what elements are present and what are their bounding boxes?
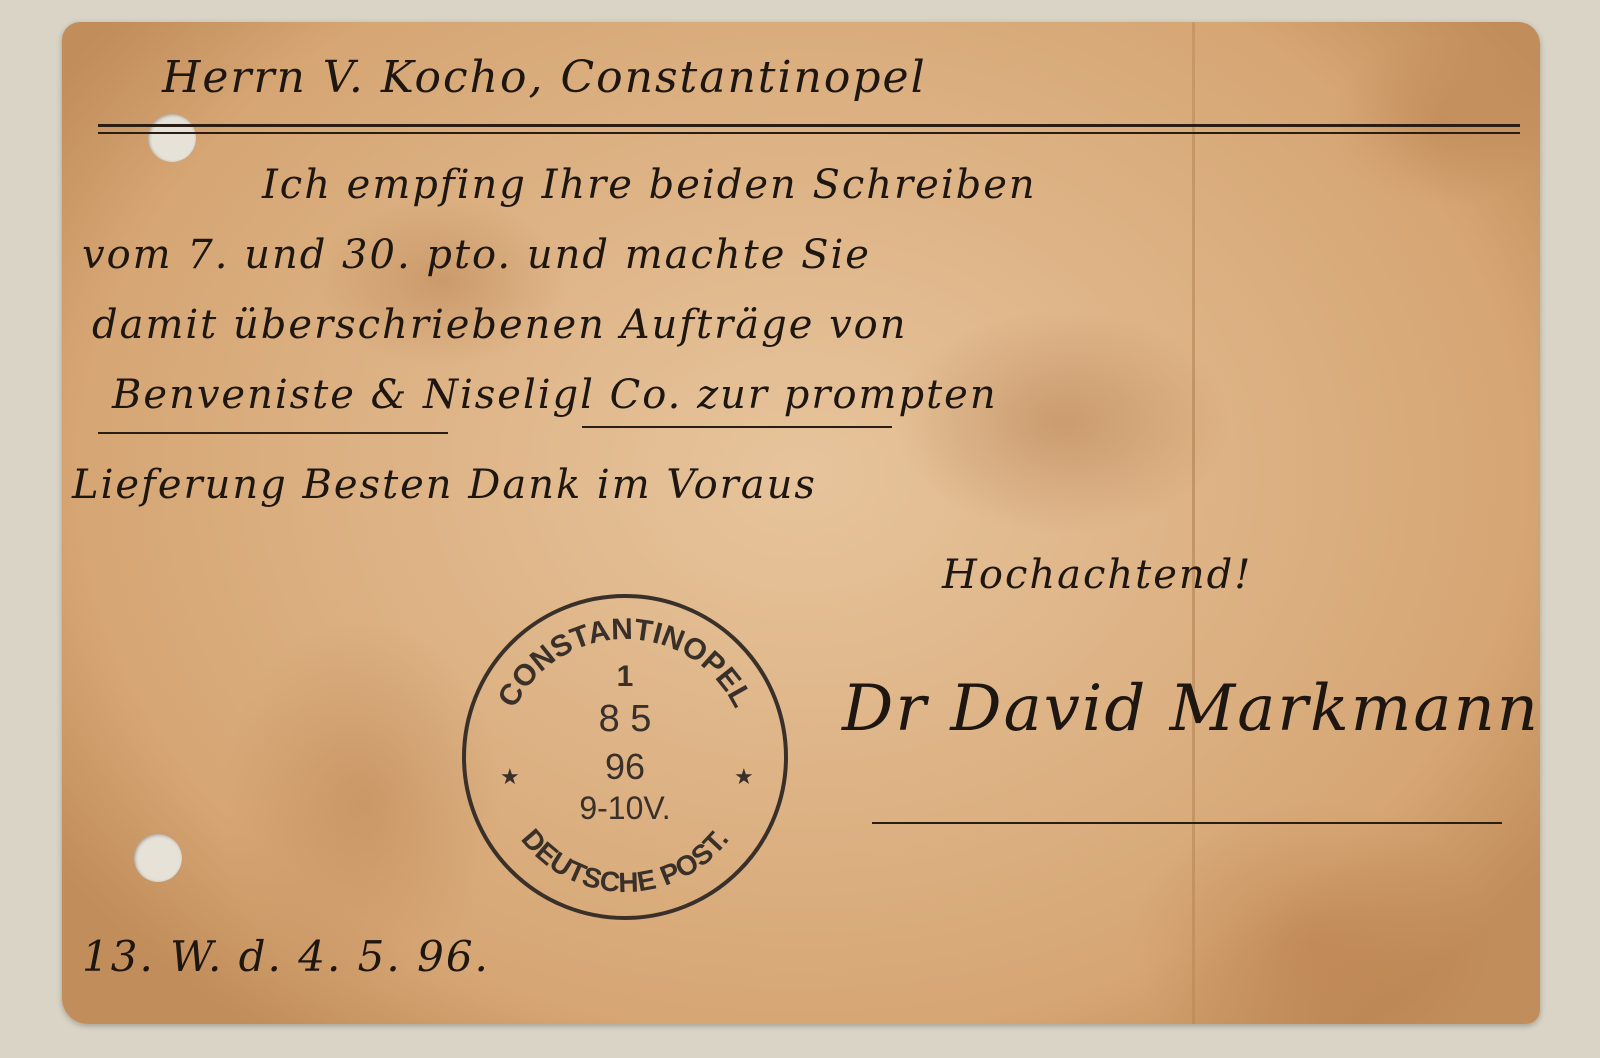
punch-hole-bottom bbox=[134, 834, 182, 882]
signature: Dr David Markmann bbox=[842, 672, 1540, 746]
address-rule-bottom bbox=[98, 132, 1520, 134]
body-line-3: damit überschriebenen Aufträge von bbox=[92, 302, 908, 348]
body-line-4: Benveniste & Niseligl Co. zur prompten bbox=[112, 372, 998, 418]
postmark: CONSTANTINOPEL DEUTSCHE POST. ★ ★ 1 8 5 … bbox=[462, 594, 788, 920]
punch-hole-top bbox=[148, 114, 196, 162]
address-line: Herrn V. Kocho, Constantinopel bbox=[162, 52, 927, 103]
body-line-5: Lieferung Besten Dank im Voraus bbox=[72, 462, 817, 508]
address-rule-top bbox=[98, 124, 1520, 127]
postmark-year: 96 bbox=[466, 746, 784, 788]
underline-company bbox=[582, 426, 892, 428]
postmark-bottom-text: DEUTSCHE POST. bbox=[516, 823, 735, 898]
fold-crease bbox=[1192, 22, 1195, 1024]
svg-text:DEUTSCHE POST.: DEUTSCHE POST. bbox=[516, 823, 735, 898]
postmark-time: 9-10V. bbox=[466, 790, 784, 827]
body-line-2: vom 7. und 30. pto. und machte Sie bbox=[82, 232, 871, 278]
postmark-number: 1 bbox=[466, 660, 784, 694]
postmark-day-month: 8 5 bbox=[466, 698, 784, 741]
underline-benveniste bbox=[98, 432, 448, 434]
closing: Hochachtend! bbox=[942, 552, 1252, 598]
signature-underline bbox=[872, 822, 1502, 824]
body-line-1: Ich empfing Ihre beiden Schreiben bbox=[262, 162, 1037, 208]
footer-note: 13. W. d. 4. 5. 96. bbox=[82, 932, 490, 981]
postcard: Herrn V. Kocho, Constantinopel Ich empfi… bbox=[62, 22, 1540, 1024]
